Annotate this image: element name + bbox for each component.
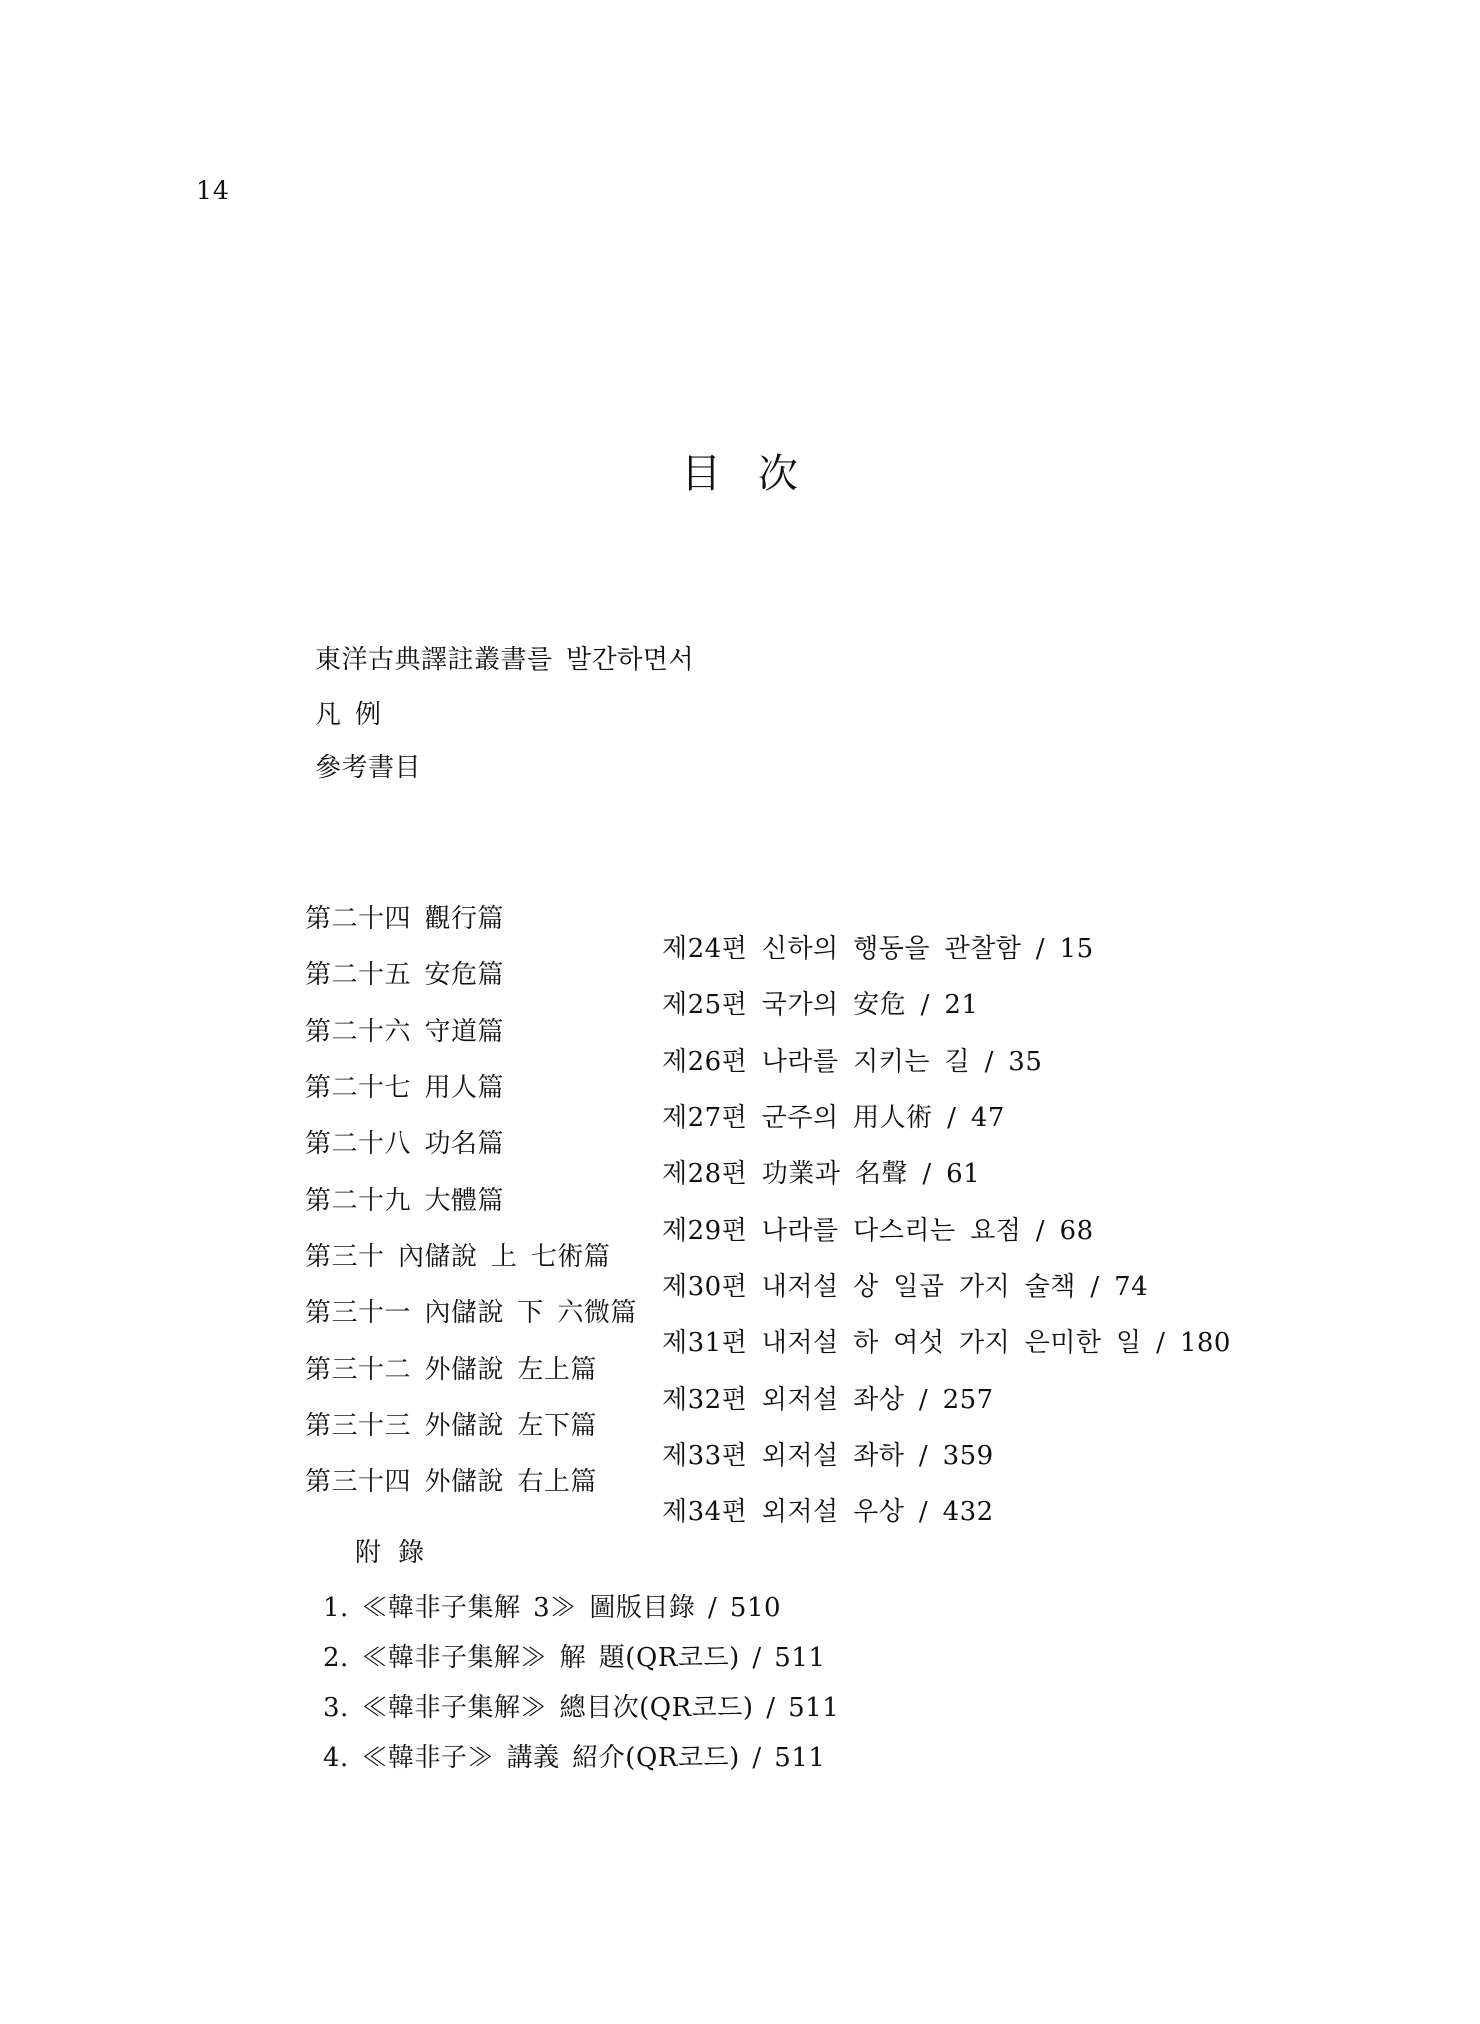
page-title: 目 次 (0, 442, 1480, 499)
front-matter-bibliography: 參考書目 (315, 747, 421, 784)
toc-row: 第三十二 外儲說 左上篇 제32편 외저설 좌상 / 257 (0, 1319, 1480, 1359)
appendix-item: 2. ≪韓非子集解≫ 解 題(QR코드) / 511 (323, 1637, 825, 1674)
toc-row: 第二十四 觀行篇 제24편 신하의 행동을 관찰함 / 15 (0, 868, 1480, 908)
toc-row: 第二十五 安危篇 제25편 국가의 安危 / 21 (0, 924, 1480, 964)
appendix-item: 3. ≪韓非子集解≫ 總目次(QR코드) / 511 (323, 1687, 839, 1724)
toc-row: 第三十四 外儲說 右上篇 제34편 외저설 우상 / 432 (0, 1431, 1480, 1471)
front-matter-foreword: 東洋古典譯註叢書를 발간하면서 (315, 639, 694, 676)
page-number: 14 (196, 176, 230, 205)
appendix-item: 1. ≪韓非子集解 3≫ 圖版目錄 / 510 (323, 1587, 781, 1624)
toc-entry-hanja: 第三十四 外儲說 右上篇 (305, 1461, 597, 1498)
toc-row: 第三十 內儲說 上 七術篇 제30편 내저설 상 일곱 가지 술책 / 74 (0, 1206, 1480, 1246)
toc-row: 第三十三 外儲說 左下篇 제33편 외저설 좌하 / 359 (0, 1375, 1480, 1415)
appendix-heading: 附 錄 (355, 1532, 425, 1569)
toc-entry-korean: 제34편 외저설 우상 / 432 (662, 1491, 994, 1528)
book-toc-page: 14 目 次 東洋古典譯註叢書를 발간하면서 凡 例 參考書目 第二十四 觀行篇… (0, 0, 1480, 2024)
toc-row: 第二十八 功名篇 제28편 功業과 名聲 / 61 (0, 1093, 1480, 1133)
toc-row: 第二十七 用人篇 제27편 군주의 用人術 / 47 (0, 1037, 1480, 1077)
toc-row: 第三十一 內儲說 下 六微篇 제31편 내저설 하 여섯 가지 은미한 일 / … (0, 1262, 1480, 1302)
front-matter-legend: 凡 例 (315, 694, 381, 731)
toc-row: 第二十九 大體篇 제29편 나라를 다스리는 요점 / 68 (0, 1150, 1480, 1190)
appendix-item: 4. ≪韓非子≫ 講義 紹介(QR코드) / 511 (323, 1737, 825, 1774)
toc-row: 第二十六 守道篇 제26편 나라를 지키는 길 / 35 (0, 981, 1480, 1021)
